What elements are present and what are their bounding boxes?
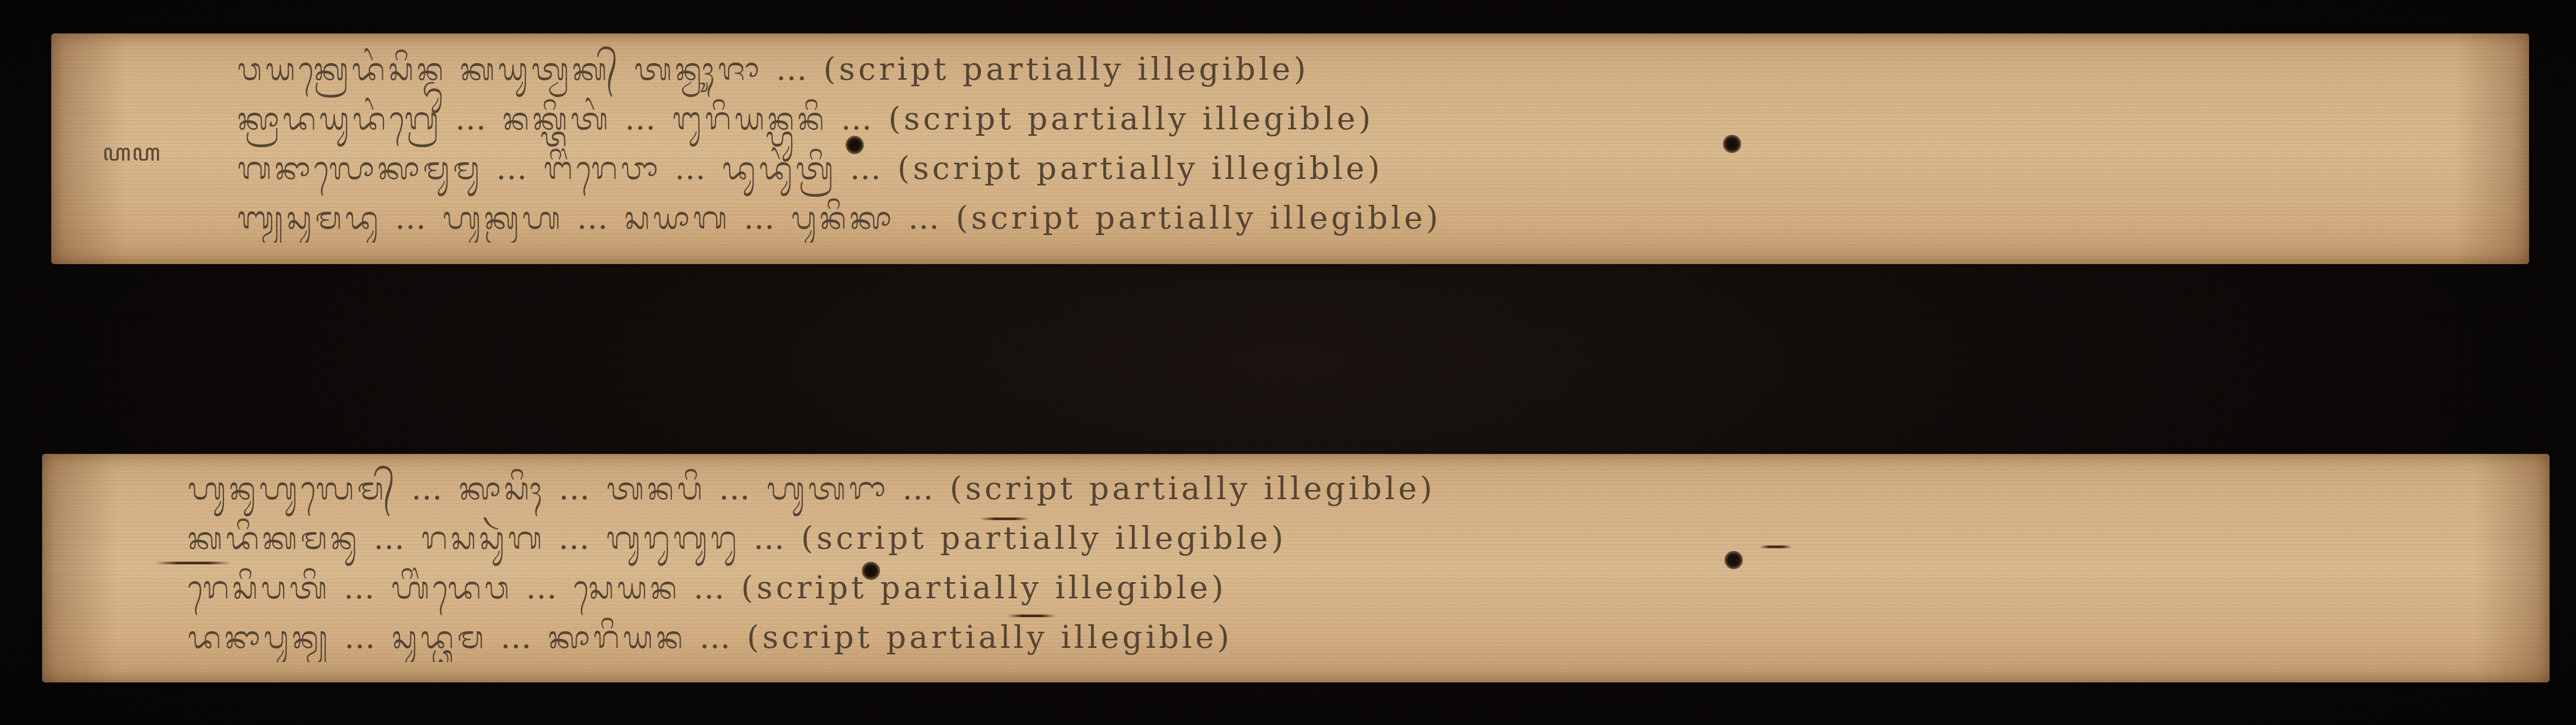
leaf-page-number: ꦲꦲ	[102, 135, 161, 183]
script-text-block: ᬯᬬᬓ᭄ᬭᬾᬤᬂᬲᬶᬦ᭄ᬤᬸ ᬓᬬᬸᬢ᭄ᬯᬓ᭄ ᬢᬦ᭄ᬯᬸᬄᬚᬵ … (scri…	[237, 44, 2502, 243]
script-line: ᬓᬤᬶᬓᬫᬦᬸ … ᬭᬲᬲᬸᬃᬕ … ᬕᬸᬭᬸᬕᬸᬭᬸ … (script pa…	[188, 513, 2479, 563]
palm-leaf-top: ꦲꦲ ᬯᬬᬓ᭄ᬭᬾᬤᬂᬲᬶᬦ᭄ᬤᬸ ᬓᬬᬸᬢ᭄ᬯᬓ᭄ ᬢᬦ᭄ᬯᬸᬄᬚᬵ … (s…	[51, 33, 2529, 264]
script-line: ᬩ᭄ᬬᬲᬸᬫᬤᬸ … ᬳᬸᬓ᭄ᬭᬳ … ᬲᬬᬵᬕ … ᬧᬸᬦᬶᬓᬵ … (scr…	[237, 193, 2502, 243]
script-line: ᬤᬦᬵᬧᬸᬦ᭄ᬬ … ᬲᬸᬤ᭄ᬥᬫ … ᬓᬵᬭᬶᬬᬦ … (script par…	[188, 612, 2479, 662]
script-line: ᬭᬾᬲᬶᬧᬢᬶ … ᬳᬶᬂᬤᬾᬯ … ᬲᬾᬬᬦ … (script partia…	[188, 563, 2479, 612]
script-line: ᬯᬬᬓ᭄ᬭᬾᬤᬂᬲᬶᬦ᭄ᬤᬸ ᬓᬬᬸᬢ᭄ᬯᬓ᭄ ᬢᬦ᭄ᬯᬸᬄᬚᬵ … (scri…	[237, 44, 2502, 94]
script-line: ᬓ᭄ᬭᬵᬤᬬᬸᬤᬂᬕ᭄ᬭᬾ … ᬦᬓ᭄ᬢᬶᬢᬂ … ᬗᬸᬭᬶᬬᬦ᭄ᬳᬸᬦᬶ … …	[237, 94, 2502, 143]
palm-leaf-bottom: ᬳᬸᬦᬸᬳᬸᬮᬾᬫ᭄ … ᬓᬵᬲᬶᬄ … ᬢᬦᬧᬶ … ᬳᬸᬢᬭᬵ … (scr…	[42, 454, 2550, 682]
script-line: ᬕᬦᬵᬮᭀᬓᬵᬫᬸᬫᬸ … ᬗᬶᬂᬭᬾᬯᬵ … ᬤᬸᬤᬸᬂᬢ᭄ᬭᬶ … (scr…	[237, 143, 2502, 193]
script-text-block: ᬳᬸᬦᬸᬳᬸᬮᬾᬫ᭄ … ᬓᬵᬲᬶᬄ … ᬢᬦᬧᬶ … ᬳᬸᬢᬭᬵ … (scr…	[188, 464, 2479, 662]
script-line: ᬳᬸᬦᬸᬳᬸᬮᬾᬫ᭄ … ᬓᬵᬲᬶᬄ … ᬢᬦᬧᬶ … ᬳᬸᬢᬭᬵ … (scr…	[188, 464, 2479, 513]
